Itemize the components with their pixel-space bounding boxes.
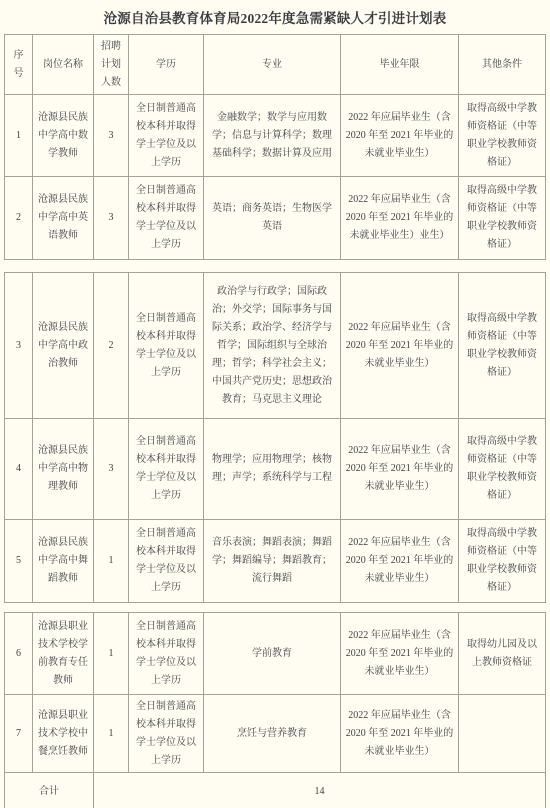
- table-row: 5 沧源县民族中学高中舞蹈教师 1 全日制普通高校本科并取得学士学位及以上学历 …: [5, 520, 546, 603]
- cell-education: 全日制普通高校本科并取得学士学位及以上学历: [129, 273, 204, 419]
- cell-major: 政治学与行政学；国际政治；外交学；国际事务与国际关系；政治学、经济学与哲学；国际…: [204, 273, 341, 419]
- plan-table-segment-3: 6 沧源县职业技术学校学前教育专任教师 1 全日制普通高校本科并取得学士学位及以…: [4, 612, 546, 808]
- cell-grad-limit: 2022 年应届毕业生（含 2020 年至 2021 年毕业的未就业毕业生）业生…: [341, 177, 459, 260]
- cell-count: 2: [94, 273, 129, 419]
- cell-major: 物理学；应用物理学；核物理；声学；系统科学与工程: [204, 419, 341, 520]
- cell-grad-limit: 2022 年应届毕业生（含 2020 年至 2021 年毕业的未就业毕业生）: [341, 520, 459, 603]
- cell-position: 沧源县职业技术学校学前教育专任教师: [33, 613, 94, 695]
- cell-position: 沧源县民族中学高中英语教师: [33, 177, 94, 260]
- cell-index: 3: [5, 273, 33, 419]
- cell-position: 沧源县民族中学高中舞蹈教师: [33, 520, 94, 603]
- cell-count: 3: [94, 95, 129, 177]
- table-header-row: 序号 岗位名称 招聘计划人数 学历 专业 毕业年限 其他条件: [5, 35, 546, 95]
- cell-grad-limit: 2022 年应届毕业生（含 2020 年至 2021 年毕业的未就业毕业生）: [341, 613, 459, 695]
- cell-grad-limit: 2022 年应届毕业生（含 2020 年至 2021 年毕业的未就业毕业生）: [341, 695, 459, 773]
- cell-grad-limit: 2022 年应届毕业生（含 2020 年至 2021 年毕业的未就业毕业生）: [341, 419, 459, 520]
- table-row: 7 沧源县职业技术学校中餐烹饪教师 1 全日制普通高校本科并取得学士学位及以上学…: [5, 695, 546, 773]
- header-count: 招聘计划人数: [94, 35, 129, 95]
- table-row: 4 沧源县民族中学高中物理教师 3 全日制普通高校本科并取得学士学位及以上学历 …: [5, 419, 546, 520]
- cell-index: 5: [5, 520, 33, 603]
- cell-position: 沧源县民族中学高中数学教师: [33, 95, 94, 177]
- cell-index: 4: [5, 419, 33, 520]
- header-grad-limit: 毕业年限: [341, 35, 459, 95]
- cell-education: 全日制普通高校本科并取得学士学位及以上学历: [129, 419, 204, 520]
- cell-grad-limit: 2022 年应届毕业生（含 2020 年至 2021 年毕业的未就业毕业生）: [341, 95, 459, 177]
- cell-education: 全日制普通高校本科并取得学士学位及以上学历: [129, 520, 204, 603]
- cell-grad-limit: 2022 年应届毕业生（含 2020 年至 2021 年毕业的未就业毕业生）: [341, 273, 459, 419]
- cell-education: 全日制普通高校本科并取得学士学位及以上学历: [129, 177, 204, 260]
- cell-count: 3: [94, 177, 129, 260]
- total-row: 合计 14: [5, 773, 546, 808]
- header-index: 序号: [5, 35, 33, 95]
- cell-count: 1: [94, 613, 129, 695]
- document-page: 沧源自治县教育体育局2022年度急需紧缺人才引进计划表 序号 岗位名称 招聘计划…: [0, 0, 550, 808]
- cell-position: 沧源县民族中学高中物理教师: [33, 419, 94, 520]
- cell-major: 学前教育: [204, 613, 341, 695]
- cell-index: 1: [5, 95, 33, 177]
- cell-other: 取得幼儿园及以上教师资格证: [459, 613, 546, 695]
- cell-other: 取得高级中学教师资格证（中等职业学校教师资格证）: [459, 520, 546, 603]
- cell-other: 取得高级中学教师资格证（中等职业学校教师资格证）: [459, 95, 546, 177]
- cell-count: 1: [94, 695, 129, 773]
- total-value: 14: [94, 773, 546, 808]
- table-row: 6 沧源县职业技术学校学前教育专任教师 1 全日制普通高校本科并取得学士学位及以…: [5, 613, 546, 695]
- cell-education: 全日制普通高校本科并取得学士学位及以上学历: [129, 613, 204, 695]
- table-row: 3 沧源县民族中学高中政治教师 2 全日制普通高校本科并取得学士学位及以上学历 …: [5, 273, 546, 419]
- table-row: 2 沧源县民族中学高中英语教师 3 全日制普通高校本科并取得学士学位及以上学历 …: [5, 177, 546, 260]
- cell-position: 沧源县民族中学高中政治教师: [33, 273, 94, 419]
- cell-major: 英语；商务英语；生物医学英语: [204, 177, 341, 260]
- header-major: 专业: [204, 35, 341, 95]
- page-title: 沧源自治县教育体育局2022年度急需紧缺人才引进计划表: [0, 0, 550, 34]
- cell-count: 1: [94, 520, 129, 603]
- cell-index: 6: [5, 613, 33, 695]
- cell-count: 3: [94, 419, 129, 520]
- header-other: 其他条件: [459, 35, 546, 95]
- table-row: 1 沧源县民族中学高中数学教师 3 全日制普通高校本科并取得学士学位及以上学历 …: [5, 95, 546, 177]
- cell-other: [459, 695, 546, 773]
- cell-index: 2: [5, 177, 33, 260]
- cell-major: 金融数学；数学与应用数学；信息与计算科学；数理基础科学；数据计算及应用: [204, 95, 341, 177]
- cell-other: 取得高级中学教师资格证（中等职业学校教师资格证）: [459, 273, 546, 419]
- header-education: 学历: [129, 35, 204, 95]
- cell-position: 沧源县职业技术学校中餐烹饪教师: [33, 695, 94, 773]
- cell-other: 取得高级中学教师资格证（中等职业学校教师资格证）: [459, 177, 546, 260]
- plan-table-segment-1: 序号 岗位名称 招聘计划人数 学历 专业 毕业年限 其他条件 1 沧源县民族中学…: [4, 34, 546, 260]
- cell-index: 7: [5, 695, 33, 773]
- total-label: 合计: [5, 773, 94, 808]
- cell-education: 全日制普通高校本科并取得学士学位及以上学历: [129, 95, 204, 177]
- cell-major: 音乐表演；舞蹈表演；舞蹈学；舞蹈编导；舞蹈教育；流行舞蹈: [204, 520, 341, 603]
- cell-major: 烹饪与营养教育: [204, 695, 341, 773]
- cell-other: 取得高级中学教师资格证（中等职业学校教师资格证）: [459, 419, 546, 520]
- plan-table-segment-2: 3 沧源县民族中学高中政治教师 2 全日制普通高校本科并取得学士学位及以上学历 …: [4, 272, 546, 603]
- header-position: 岗位名称: [33, 35, 94, 95]
- cell-education: 全日制普通高校本科并取得学士学位及以上学历: [129, 695, 204, 773]
